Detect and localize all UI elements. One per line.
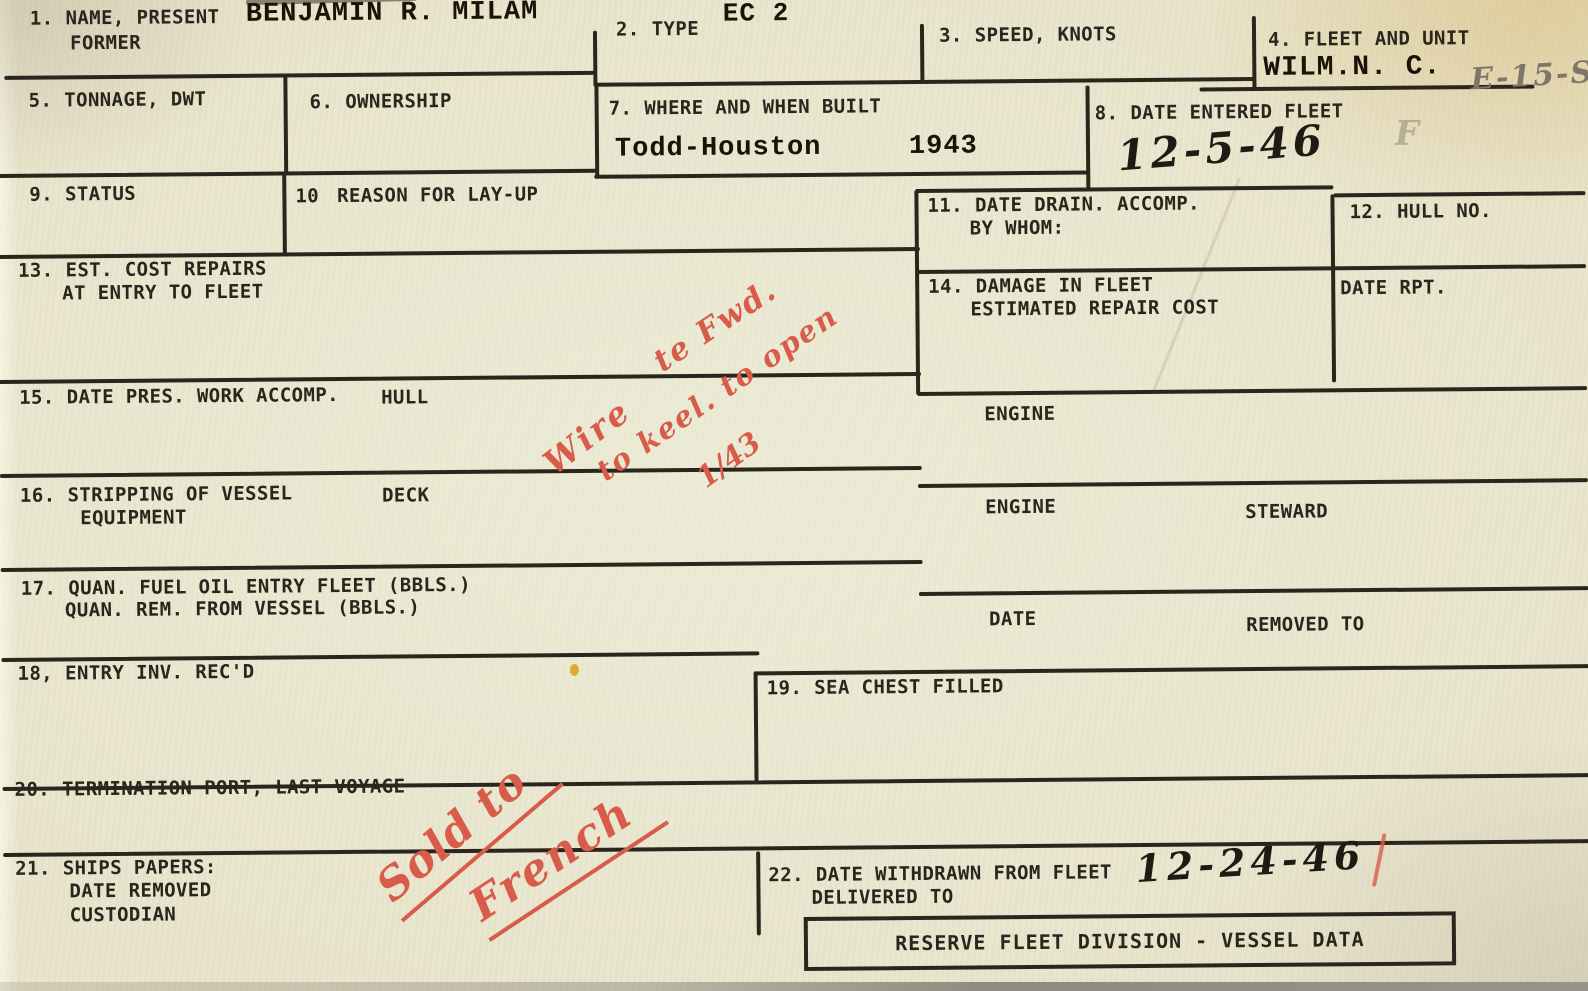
red-note-line3: 1/43 [690, 425, 767, 495]
field-13-number: 13. [18, 260, 54, 282]
field-21-label: 21.SHIPS PAPERS: [15, 856, 217, 880]
field-9-number: 9. [29, 184, 53, 206]
rule-row2-bottom-left [0, 169, 597, 178]
rule-date-removed-top [919, 586, 1588, 596]
rule-seachest-top [754, 664, 1588, 675]
field-21-number: 21. [15, 858, 51, 880]
field-6-number: 6. [309, 91, 333, 113]
field-11-number: 11. [927, 195, 963, 217]
rule-row2-bottom-mid [594, 170, 1090, 178]
rule-fuel-top [1, 560, 923, 572]
field-1-label: 1.NAME, PRESENT [30, 6, 220, 30]
rule-entryinv-top [1, 651, 759, 662]
field-16-label2: EQUIPMENT [80, 506, 187, 529]
field-15-engine: ENGINE [984, 403, 1055, 426]
field-14-number: 14. [928, 276, 964, 298]
divider-center-column [914, 190, 920, 395]
field-17-label2: QUAN. REM. FROM VESSEL (BBLS.) [65, 596, 420, 621]
field-2-value: EC 2 [723, 0, 790, 29]
field-11-label: 11.DATE DRAIN. ACCOMP. [927, 193, 1200, 217]
field-8-number: 8. [1095, 102, 1119, 124]
divider-entryinv-seachest [754, 671, 759, 783]
rule-engine2-top [918, 478, 1588, 488]
field-22-value-handwritten: 12-24-46 [1134, 832, 1367, 891]
field-15-hull: HULL [381, 386, 429, 408]
field-22-label: 22.DATE WITHDRAWN FROM FLEET [768, 861, 1112, 886]
field-2-number: 2. [616, 18, 640, 40]
field-13-label: 13.EST. COST REPAIRS [18, 258, 267, 282]
field-1-value: BENJAMIN R. MILAM [246, 0, 539, 30]
divider-papers-withdrawn [756, 851, 761, 935]
banner-title: RESERVE FLEET DIVISION - VESSEL DATA [895, 927, 1365, 955]
rule-damage-top [916, 264, 1586, 274]
field-14-date-rpt: DATE RPT. [1340, 276, 1447, 299]
divider-status-layup [282, 173, 287, 255]
field-20-label: 20.TERMINATION PORT, LAST VOYAGE [14, 775, 405, 800]
field-16-deck: DECK [382, 484, 430, 506]
rule-row3-bottom-left [0, 247, 920, 259]
divider-type-speed [920, 24, 925, 84]
field-5-number: 5. [28, 90, 52, 112]
rule-row2-bottom-right [915, 185, 1333, 193]
field-20-number: 20. [14, 779, 50, 801]
rule-engine1-top [917, 386, 1587, 396]
rule-hullno-top [1333, 191, 1585, 197]
field-14-label: 14.DAMAGE IN FLEET [928, 274, 1153, 298]
field-13-label2: AT ENTRY TO FLEET [62, 281, 263, 305]
divider-ownership-built [594, 85, 599, 177]
banner-box: RESERVE FLEET DIVISION - VESSEL DATA [804, 911, 1456, 971]
field-4-value: WILM.N. C. [1263, 51, 1441, 84]
field-4-number: 4. [1268, 29, 1292, 51]
field-2-label: 2.TYPE [616, 18, 699, 41]
field-12-label: 12.HULL NO. [1349, 200, 1491, 223]
field-10-label: 10REASON FOR LAY-UP [295, 183, 538, 207]
field-17-date: DATE [989, 608, 1037, 630]
divider-drain-hullno [1330, 194, 1336, 382]
field-7-value-place: Todd-Houston [615, 133, 822, 165]
field-18-number: 18, [17, 663, 53, 685]
field-16-label: 16.STRIPPING OF VESSEL [20, 482, 293, 506]
field-4-unit-pencil: E-15-S [1469, 55, 1588, 97]
divider-tonnage-ownership [283, 75, 288, 173]
field-6-label: 6.OWNERSHIP [309, 90, 451, 113]
field-5-label: 5.TONNAGE, DWT [28, 88, 206, 112]
field-11-label-by-whom: BY WHOM: [970, 217, 1065, 240]
field-7-number: 7. [609, 97, 633, 119]
rule-stripping-top [0, 466, 922, 478]
rule-row1-bottom-left [4, 71, 594, 80]
rule-preswork-top-left [0, 372, 921, 384]
card-content: 1.NAME, PRESENT BENJAMIN R. MILAM FORMER… [0, 0, 1588, 991]
field-1-label-former: FORMER [70, 32, 141, 55]
field-16-steward: STEWARD [1245, 500, 1328, 523]
field-9-label: 9.STATUS [29, 183, 136, 206]
field-21-label2: DATE REMOVED [69, 879, 211, 902]
field-19-number: 19. [767, 677, 803, 699]
field-4-label: 4.FLEET AND UNIT [1268, 27, 1470, 51]
field-1-number: 1. [30, 8, 54, 30]
field-14-label2: ESTIMATED REPAIR COST [970, 296, 1219, 320]
field-15-label: 15.DATE PRES. WORK ACCOMP. [19, 384, 339, 409]
field-22-label2: DELIVERED TO [811, 886, 953, 909]
field-18-label: 18,ENTRY INV. REC'D [17, 661, 254, 685]
field-7-label: 7.WHERE AND WHEN BUILT [609, 95, 882, 119]
field-3-number: 3. [939, 25, 963, 47]
divider-built-entered [1085, 85, 1090, 189]
divider-name-type [593, 31, 597, 85]
field-19-label: 19.SEA CHEST FILLED [767, 675, 1004, 699]
field-17-removed-to: REMOVED TO [1246, 613, 1365, 636]
divider-speed-fleet [1252, 16, 1257, 90]
field-16-number: 16. [20, 485, 56, 507]
field-22-number: 22. [768, 864, 804, 886]
field-8-value-handwritten: 12-5-46 [1115, 115, 1327, 180]
field-7-value-year: 1943 [909, 131, 978, 162]
field-12-number: 12. [1349, 201, 1385, 223]
pencil-f-mark: F [1395, 114, 1419, 154]
field-3-label: 3.SPEED, KNOTS [939, 23, 1117, 47]
vessel-data-card: 1.NAME, PRESENT BENJAMIN R. MILAM FORMER… [0, 0, 1588, 991]
field-16-engine: ENGINE [985, 496, 1056, 519]
field-10-number: 10 [295, 185, 319, 207]
field-15-number: 15. [19, 387, 55, 409]
field-17-number: 17. [21, 578, 57, 600]
field-21-label3: CUSTODIAN [70, 903, 177, 926]
